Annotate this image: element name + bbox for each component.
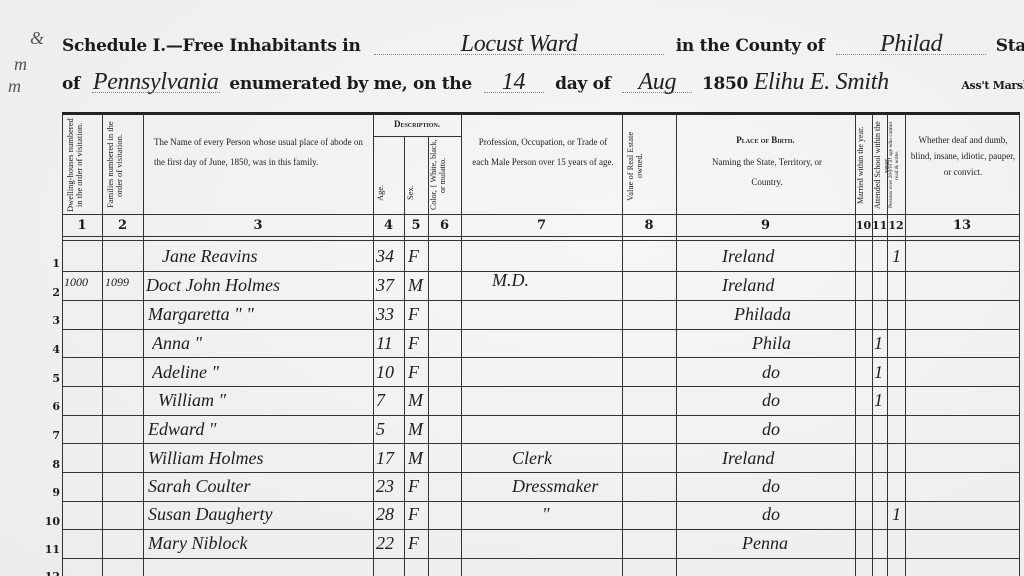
- birthplace-cell: do: [762, 390, 842, 411]
- col-num: 7: [461, 215, 622, 237]
- sex-cell: F: [408, 246, 428, 267]
- line-number: 11: [30, 543, 60, 556]
- census-sheet: & m m Schedule I.—Free Inhabitants in Lo…: [0, 0, 1024, 576]
- sex-cell: F: [408, 504, 428, 525]
- line-number: 12: [30, 570, 60, 576]
- name-cell: Anna ": [152, 333, 362, 354]
- sex-cell: F: [408, 476, 428, 497]
- state-field: Pennsylvania: [92, 72, 220, 93]
- sex-cell: F: [408, 533, 428, 554]
- age-cell: 22: [376, 533, 402, 554]
- col-num: 9: [676, 215, 855, 237]
- schedule-title: Schedule I.—Free Inhabitants in: [62, 36, 361, 56]
- age-cell: 11: [376, 333, 402, 354]
- col-num: 6: [428, 215, 461, 237]
- line-number: 1: [30, 257, 60, 270]
- school-cell: 1: [874, 390, 886, 411]
- margin-mark: m: [14, 54, 27, 75]
- age-cell: 17: [376, 448, 402, 469]
- line-number: 4: [30, 343, 60, 356]
- col-num: 13: [905, 215, 1019, 237]
- name-cell: Jane Reavins: [162, 246, 362, 267]
- line-number: 8: [30, 458, 60, 471]
- name-cell: William ": [158, 390, 368, 411]
- col-num: 8: [622, 215, 676, 237]
- margin-mark: &: [30, 28, 44, 49]
- school-cell: 1: [874, 333, 886, 354]
- of-label: of: [62, 74, 80, 94]
- col-11-header: Attended School within the year.: [873, 118, 886, 212]
- age-cell: 34: [376, 246, 402, 267]
- sex-cell: F: [408, 304, 428, 325]
- birthplace-cell: Penna: [742, 533, 842, 554]
- school-cell: 1: [874, 362, 886, 383]
- col-num: 10: [855, 215, 872, 237]
- family-cell: 1099: [105, 275, 143, 290]
- sex-cell: F: [408, 333, 428, 354]
- age-cell: 37: [376, 275, 402, 296]
- line-number: 6: [30, 400, 60, 413]
- line-number: 2: [30, 286, 60, 299]
- ward-field: Locust Ward: [374, 34, 664, 55]
- county-label: in the County of: [676, 36, 825, 56]
- day-field: 14: [484, 72, 544, 93]
- col-num: 5: [404, 215, 428, 237]
- description-group-header: Description.: [373, 118, 461, 131]
- col-9-header-title: Place of Birth.: [676, 134, 855, 147]
- line-number: 9: [30, 486, 60, 499]
- occupation-cell: Clerk: [512, 448, 612, 469]
- illiterate-cell: 1: [892, 246, 904, 267]
- line-number: 3: [30, 314, 60, 327]
- col-num: 2: [102, 215, 143, 237]
- name-cell: Mary Niblock: [148, 533, 368, 554]
- age-cell: 23: [376, 476, 402, 497]
- col-6-header: Color, { White, black, or mulatto.: [429, 138, 459, 212]
- col-5-header: Sex.: [406, 174, 426, 212]
- age-cell: 5: [376, 419, 402, 440]
- birthplace-cell: Ireland: [722, 448, 832, 469]
- col-8-header: Value of Real Estate owned.: [626, 120, 672, 212]
- col-1-header: Dwelling-houses numbered in the order of…: [66, 118, 100, 212]
- birthplace-cell: Ireland: [722, 246, 842, 267]
- birthplace-cell: Phila: [752, 333, 842, 354]
- census-table: Dwelling-houses numbered in the order of…: [62, 114, 1020, 576]
- col-3-header: The Name of every Person whose usual pla…: [154, 132, 364, 172]
- sex-cell: M: [408, 275, 428, 296]
- name-cell: Sarah Coulter: [148, 476, 368, 497]
- birthplace-cell: do: [762, 476, 842, 497]
- age-cell: 28: [376, 504, 402, 525]
- col-12-header: Persons over 20 y'rs of age who cannot r…: [888, 118, 904, 212]
- sex-cell: M: [408, 390, 428, 411]
- col-10-header: Married within the year.: [856, 118, 871, 212]
- sex-cell: M: [408, 419, 428, 440]
- margin-mark: m: [8, 76, 21, 97]
- line-number: 5: [30, 372, 60, 385]
- col-4-header: Age.: [376, 174, 402, 212]
- name-cell: Susan Daugherty: [148, 504, 370, 525]
- birthplace-cell: do: [762, 362, 842, 383]
- month-field: Aug: [622, 72, 692, 93]
- marshal-signature: Elihu E. Smith: [754, 72, 954, 92]
- col-num: 4: [373, 215, 404, 237]
- col-num: 11: [872, 215, 887, 237]
- sex-cell: M: [408, 448, 428, 469]
- sex-cell: F: [408, 362, 428, 383]
- state-label: State: [996, 36, 1024, 56]
- birthplace-cell: do: [762, 504, 842, 525]
- dwelling-cell: 1000: [64, 275, 102, 290]
- name-cell: Margaretta " ": [148, 304, 368, 325]
- age-cell: 33: [376, 304, 402, 325]
- age-cell: 7: [376, 390, 402, 411]
- illiterate-cell: 1: [892, 504, 904, 525]
- birthplace-cell: do: [762, 419, 842, 440]
- day-of-label: day of: [555, 74, 611, 94]
- col-num: 12: [887, 215, 905, 237]
- enumeration-line: of Pennsylvania enumerated by me, on the…: [62, 72, 1024, 94]
- name-cell: Doct John Holmes: [146, 275, 366, 296]
- birthplace-cell: Ireland: [722, 275, 842, 296]
- marshal-label: Ass't Marshal.: [961, 79, 1024, 92]
- col-13-header: Whether deaf and dumb, blind, insane, id…: [908, 132, 1018, 180]
- col-9-header: Naming the State, Territory, or Country.: [702, 152, 832, 192]
- col-2-header: Families numbered in the order of visita…: [106, 118, 140, 212]
- col-num: 1: [62, 215, 102, 237]
- line-number: 7: [30, 429, 60, 442]
- enumerated-label: enumerated by me, on the: [229, 74, 472, 94]
- birthplace-cell: Philada: [734, 304, 844, 325]
- occupation-cell: M.D.: [492, 270, 572, 291]
- line-number: 10: [30, 515, 60, 528]
- name-cell: Edward ": [148, 419, 358, 440]
- col-num: 3: [143, 215, 373, 237]
- age-cell: 10: [376, 362, 402, 383]
- col-7-header: Profession, Occupation, or Trade of each…: [470, 132, 616, 172]
- county-field: Philad: [836, 34, 986, 55]
- schedule-title-line: Schedule I.—Free Inhabitants in Locust W…: [62, 34, 1024, 56]
- occupation-cell: Dressmaker: [512, 476, 617, 497]
- year: 1850: [702, 74, 748, 94]
- occupation-cell: ": [542, 504, 572, 525]
- name-cell: Adeline ": [152, 362, 362, 383]
- name-cell: William Holmes: [148, 448, 368, 469]
